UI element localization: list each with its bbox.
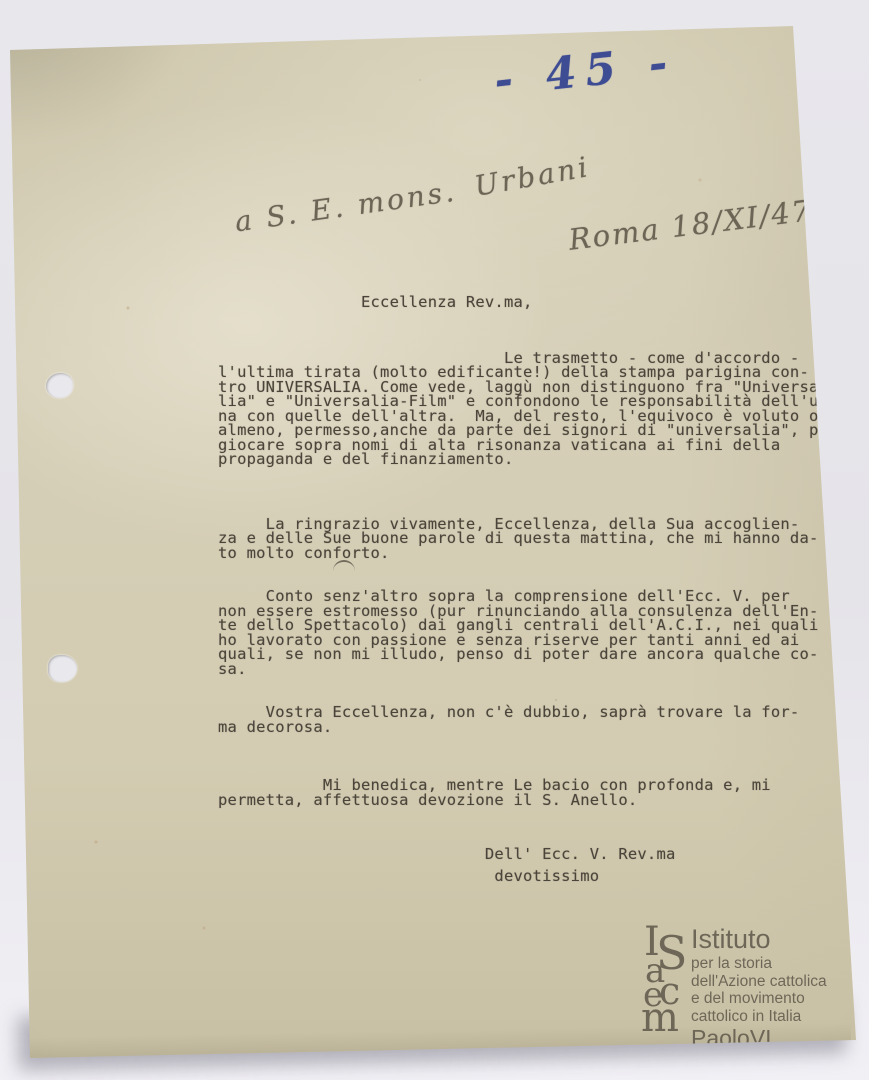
handwritten-addressee-name: Urbani	[472, 150, 593, 203]
paragraph-2: La ringrazio vivamente, Eccellenza, dell…	[218, 517, 858, 561]
watermark-line: dell'Azione cattolica	[691, 973, 827, 991]
punch-hole-top	[46, 373, 73, 398]
photo-backdrop: - 45 - a S. E. mons. Urbani Roma 18/XI/4…	[0, 0, 869, 1080]
punch-hole-bottom	[48, 655, 77, 682]
typed-letter-text: Eccellenza Rev.ma, Le trasmetto - come d…	[218, 266, 858, 916]
watermark-line: e del movimento	[691, 990, 827, 1008]
signature-block: Dell' Ecc. V. Rev.ma devotissimo	[218, 843, 858, 887]
handwritten-addressee: a S. E. mons.	[233, 175, 459, 239]
paragraph-3: Conto senz'altro sopra la comprensione d…	[218, 589, 858, 676]
paragraph-1: Le trasmetto - come d'accordo - l'ultima…	[218, 351, 858, 467]
watermark-line-istituto: Istituto	[691, 926, 827, 953]
watermark-line: per la storia	[691, 955, 827, 973]
handwritten-page-number: - 45 -	[492, 37, 679, 107]
handwritten-dateline: Roma 18/XI/47	[567, 193, 814, 257]
paragraph-4: Vostra Eccellenza, non c'è dubbio, saprà…	[218, 705, 858, 734]
watermark-text: Istituto per la storia dell'Azione catto…	[691, 926, 827, 1051]
salutation: Eccellenza Rev.ma,	[218, 295, 858, 310]
monogram-letter: m	[641, 998, 679, 1038]
paragraph-5: Mi benedica, mentre Le bacio con profond…	[218, 778, 858, 807]
letter-page: - 45 - a S. E. mons. Urbani Roma 18/XI/4…	[0, 0, 869, 1080]
isacem-monogram: I S a e c m	[641, 926, 687, 1032]
archive-watermark: I S a e c m Istituto per la storia dell'…	[641, 926, 827, 1051]
watermark-line: cattolico in Italia	[691, 1008, 827, 1026]
